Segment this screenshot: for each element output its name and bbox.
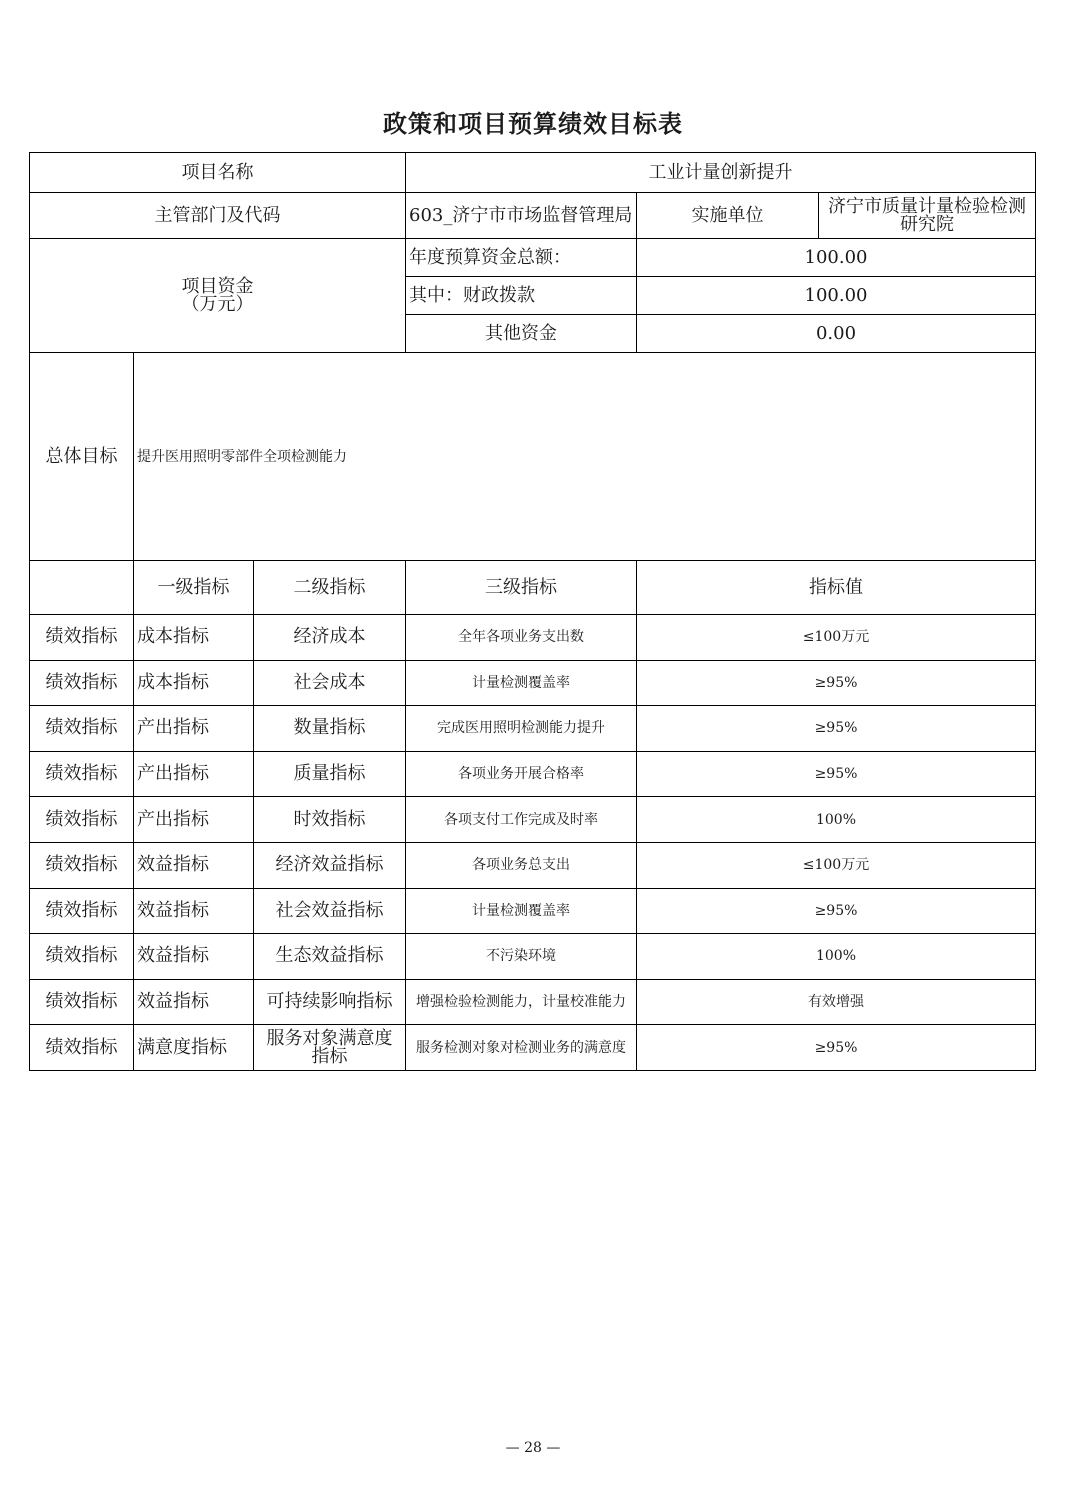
indicator-row-perf-label: 绩效指标 <box>29 705 134 752</box>
fund-total-value: 100.00 <box>636 238 1036 277</box>
indicator-row-level3: 各项业务总支出 <box>405 842 637 889</box>
indicator-row-level3: 服务检测对象对检测业务的满意度 <box>405 1024 637 1071</box>
fund-other-label: 其他资金 <box>405 314 637 353</box>
indicator-row-perf-label: 绩效指标 <box>29 796 134 843</box>
project-name-value: 工业计量创新提升 <box>405 152 1036 193</box>
indicator-header-level3: 三级指标 <box>405 560 637 615</box>
performance-target-table: 项目名称 工业计量创新提升 主管部门及代码 603_济宁市市场监督管理局 实施单… <box>29 152 1036 1069</box>
fund-other-value: 0.00 <box>636 314 1036 353</box>
indicator-row-perf-label: 绩效指标 <box>29 1024 134 1071</box>
indicator-row-perf-label: 绩效指标 <box>29 614 134 661</box>
indicator-row-target-value: 100% <box>636 796 1036 843</box>
indicator-row-perf-label: 绩效指标 <box>29 888 134 935</box>
indicator-row-target-value: ≤100万元 <box>636 842 1036 889</box>
indicator-row-target-value: ≤100万元 <box>636 614 1036 661</box>
indicator-row-level2: 服务对象满意度指标 <box>253 1024 406 1071</box>
indicator-row-level1: 产出指标 <box>133 796 254 843</box>
indicator-row-target-value: 100% <box>636 933 1036 980</box>
indicator-row-level1: 效益指标 <box>133 842 254 889</box>
dept-value: 603_济宁市市场监督管理局 <box>405 192 637 239</box>
indicator-row-level2: 数量指标 <box>253 705 406 752</box>
goal-value: 提升医用照明零部件全项检测能力 <box>133 352 1036 561</box>
project-name-label: 项目名称 <box>29 152 406 193</box>
fund-fiscal-value: 100.00 <box>636 276 1036 315</box>
indicator-row-target-value: 有效增强 <box>636 979 1036 1026</box>
indicator-row-level3: 不污染环境 <box>405 933 637 980</box>
indicator-row-perf-label: 绩效指标 <box>29 842 134 889</box>
indicator-row-level2: 经济成本 <box>253 614 406 661</box>
fund-label: 项目资金（万元） <box>29 238 406 353</box>
indicator-row-level3: 各项支付工作完成及时率 <box>405 796 637 843</box>
fund-fiscal-label: 其中：财政拨款 <box>405 276 637 315</box>
indicator-row-level1: 效益指标 <box>133 888 254 935</box>
indicator-row-level3: 增强检验检测能力，计量校准能力 <box>405 979 637 1026</box>
indicator-row-level1: 效益指标 <box>133 979 254 1026</box>
indicator-row-target-value: ≥95% <box>636 1024 1036 1071</box>
indicator-row-level1: 满意度指标 <box>133 1024 254 1071</box>
indicator-row-level2: 时效指标 <box>253 796 406 843</box>
page-number: — 28 — <box>0 1440 1066 1456</box>
indicator-row-level1: 成本指标 <box>133 614 254 661</box>
document-title: 政策和项目预算绩效目标表 <box>0 104 1066 139</box>
indicator-row-level3: 计量检测覆盖率 <box>405 660 637 707</box>
indicator-row-perf-label: 绩效指标 <box>29 979 134 1026</box>
indicator-header-blank <box>29 560 134 615</box>
goal-label: 总体目标 <box>29 352 134 561</box>
indicator-row-target-value: ≥95% <box>636 888 1036 935</box>
impl-value: 济宁市质量计量检验检测研究院 <box>818 192 1036 239</box>
indicator-row-level2: 生态效益指标 <box>253 933 406 980</box>
indicator-row-level3: 全年各项业务支出数 <box>405 614 637 661</box>
fund-total-label: 年度预算资金总额： <box>405 238 637 277</box>
indicator-row-level2: 可持续影响指标 <box>253 979 406 1026</box>
indicator-row-level1: 成本指标 <box>133 660 254 707</box>
indicator-row-level3: 各项业务开展合格率 <box>405 751 637 798</box>
indicator-row-level2: 社会效益指标 <box>253 888 406 935</box>
indicator-row-level2: 社会成本 <box>253 660 406 707</box>
indicator-row-level1: 效益指标 <box>133 933 254 980</box>
indicator-row-level1: 产出指标 <box>133 705 254 752</box>
indicator-row-perf-label: 绩效指标 <box>29 933 134 980</box>
indicator-row-target-value: ≥95% <box>636 660 1036 707</box>
indicator-row-level3: 完成医用照明检测能力提升 <box>405 705 637 752</box>
indicator-header-value: 指标值 <box>636 560 1036 615</box>
indicator-row-perf-label: 绩效指标 <box>29 751 134 798</box>
indicator-row-level3: 计量检测覆盖率 <box>405 888 637 935</box>
indicator-row-level2: 经济效益指标 <box>253 842 406 889</box>
indicator-row-perf-label: 绩效指标 <box>29 660 134 707</box>
indicator-row-level1: 产出指标 <box>133 751 254 798</box>
indicator-header-level2: 二级指标 <box>253 560 406 615</box>
indicator-row-target-value: ≥95% <box>636 751 1036 798</box>
indicator-row-target-value: ≥95% <box>636 705 1036 752</box>
indicator-row-level2: 质量指标 <box>253 751 406 798</box>
impl-label: 实施单位 <box>636 192 819 239</box>
dept-label: 主管部门及代码 <box>29 192 406 239</box>
indicator-header-level1: 一级指标 <box>133 560 254 615</box>
